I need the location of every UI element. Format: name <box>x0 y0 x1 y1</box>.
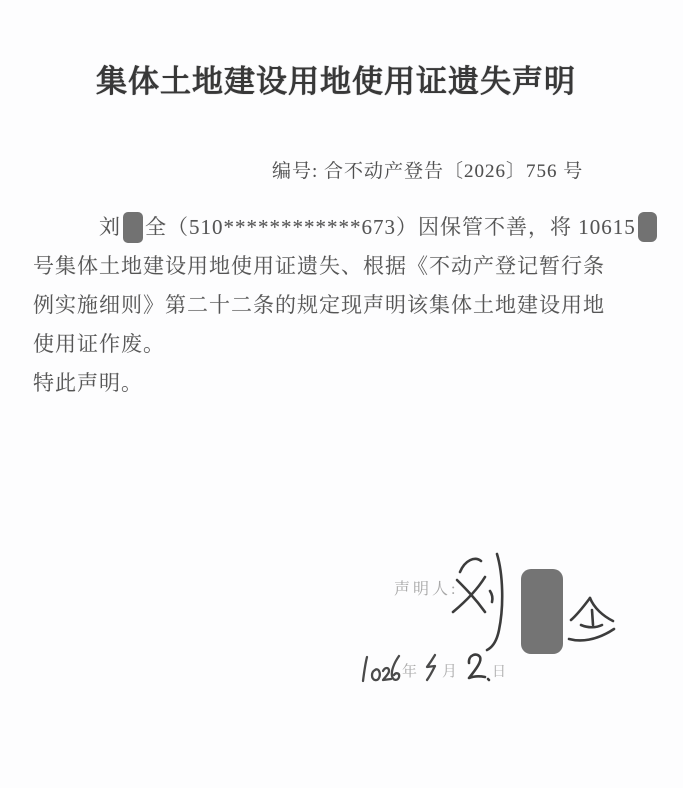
scanned-declaration-page: 集体土地建设用地使用证遗失声明 编号: 合不动产登告〔2026〕756 号 刘全… <box>0 0 683 788</box>
redaction-signature-block <box>521 569 563 654</box>
document-title: 集体土地建设用地使用证遗失声明 <box>0 56 672 101</box>
declarant-surname: 刘 <box>99 215 121 239</box>
day-label: 日 <box>492 661 507 681</box>
body-line-5: 特此声明。 <box>33 364 633 403</box>
document-number-line: 编号: 合不动产登告〔2026〕756 号 <box>272 156 583 183</box>
handwritten-given-name-quan <box>566 592 618 644</box>
body-line-1: 刘全（510************673）因保管不善，将 10615 <box>33 208 633 247</box>
body-line-3: 例实施细则》第二十二条的规定现声明该集体土地建设用地 <box>33 286 633 325</box>
redaction-certificate-number-box <box>638 212 657 242</box>
redaction-given-name-box <box>123 212 143 243</box>
handwritten-surname-liu <box>447 550 509 655</box>
declaration-body: 刘全（510************673）因保管不善，将 10615 号集体土… <box>33 208 633 403</box>
body-line-1-text: 全（510************673）因保管不善，将 10615 <box>145 215 636 239</box>
handwritten-day-2 <box>464 651 492 683</box>
body-line-2: 号集体土地建设用地使用证遗失、根据《不动产登记暂行条 <box>33 247 633 286</box>
month-label: 月 <box>442 660 458 681</box>
handwritten-year-2026 <box>359 653 401 685</box>
year-label: 年 <box>402 660 418 681</box>
body-line-4: 使用证作废。 <box>33 325 633 364</box>
handwritten-month-3 <box>424 652 438 682</box>
